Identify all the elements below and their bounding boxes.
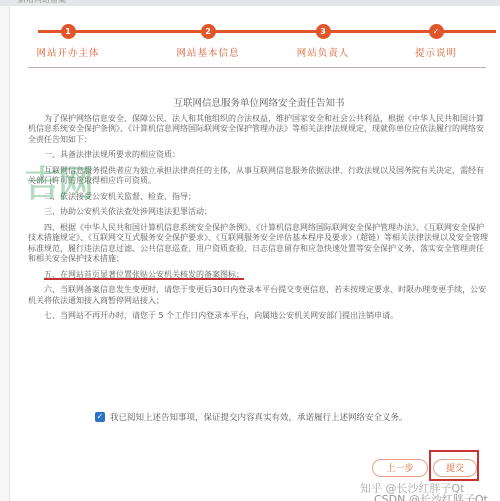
step-label: 网站开办主体 [23, 45, 113, 59]
notice-item-1-detail: 互联网信息服务提供者应为独立承担法律责任的主体，从事互联网信息服务依据法律、行政… [28, 166, 490, 187]
step-number-icon: 1 [61, 24, 76, 39]
section-divider [28, 67, 486, 68]
notice-item-5-highlighted: 五、在网站首页显著位置张贴公安机关核发的备案图标； [28, 270, 490, 281]
step-number-icon: 3 [316, 24, 331, 39]
step-4: ✓ 提示说明 [391, 24, 481, 59]
notice-title: 互联网信息服务单位网络安全责任告知书 [28, 99, 490, 110]
step-2: 2 网站基本信息 [163, 24, 253, 59]
agreement-checkbox[interactable]: ✓ [95, 412, 105, 422]
csdn-watermark: CSDN @长沙红胖子Qt [374, 491, 488, 501]
annotation-highlight-box [429, 450, 479, 481]
step-label: 提示说明 [391, 45, 481, 59]
checkmark-icon: ✓ [429, 24, 444, 39]
main-panel: 1 网站开办主体 2 网站基本信息 3 网站负责人 ✓ 提示说明 互联网信息服务… [10, 6, 500, 501]
notice-item-6: 六、当联网备案信息发生变更时，请您于变更后30日内登录本平台提交变更信息，若未按… [28, 285, 490, 306]
security-notice: 互联网信息服务单位网络安全责任告知书 为了保护网络信息安全、保障公民、法人和其他… [28, 99, 490, 322]
notice-intro: 为了保护网络信息安全、保障公民、法人和其他组织的合法权益，维护国家安全和社会公共… [28, 114, 490, 146]
notice-item-1: 一、具备法律法规所要求的相应资质： [28, 150, 490, 161]
breadcrumb: 新增网站备案 [18, 0, 66, 5]
notice-item-3: 三、协助公安机关依法查处涉网违法犯罪活动； [28, 207, 490, 218]
progress-stepper: 1 网站开办主体 2 网站基本信息 3 网站负责人 ✓ 提示说明 [28, 24, 496, 64]
notice-item-4: 四、根据《中华人民共和国计算机信息系统安全保护条例》、《计算机信息网络国际联网安… [28, 223, 490, 265]
previous-step-button[interactable]: 上一步 [372, 459, 428, 477]
agreement-label[interactable]: 我已阅知上述告知事项，保证提交内容真实有效，承诺履行上述网络安全义务。 [110, 411, 408, 423]
step-3: 3 网站负责人 [278, 24, 368, 59]
notice-item-2: 二、依法接受公安机关监督、检查、指导； [28, 192, 490, 203]
step-label: 网站负责人 [278, 45, 368, 59]
step-number-icon: 2 [201, 24, 216, 39]
step-1: 1 网站开办主体 [23, 24, 113, 59]
step-label: 网站基本信息 [163, 45, 253, 59]
left-sidebar-edge [0, 6, 10, 501]
notice-item-7: 七、当网站不再开办时，请您于 5 个工作日内登录本平台，向属地公安机关网安部门提… [28, 311, 490, 322]
agreement-row[interactable]: ✓ 我已阅知上述告知事项，保证提交内容真实有效，承诺履行上述网络安全义务。 [95, 411, 408, 423]
